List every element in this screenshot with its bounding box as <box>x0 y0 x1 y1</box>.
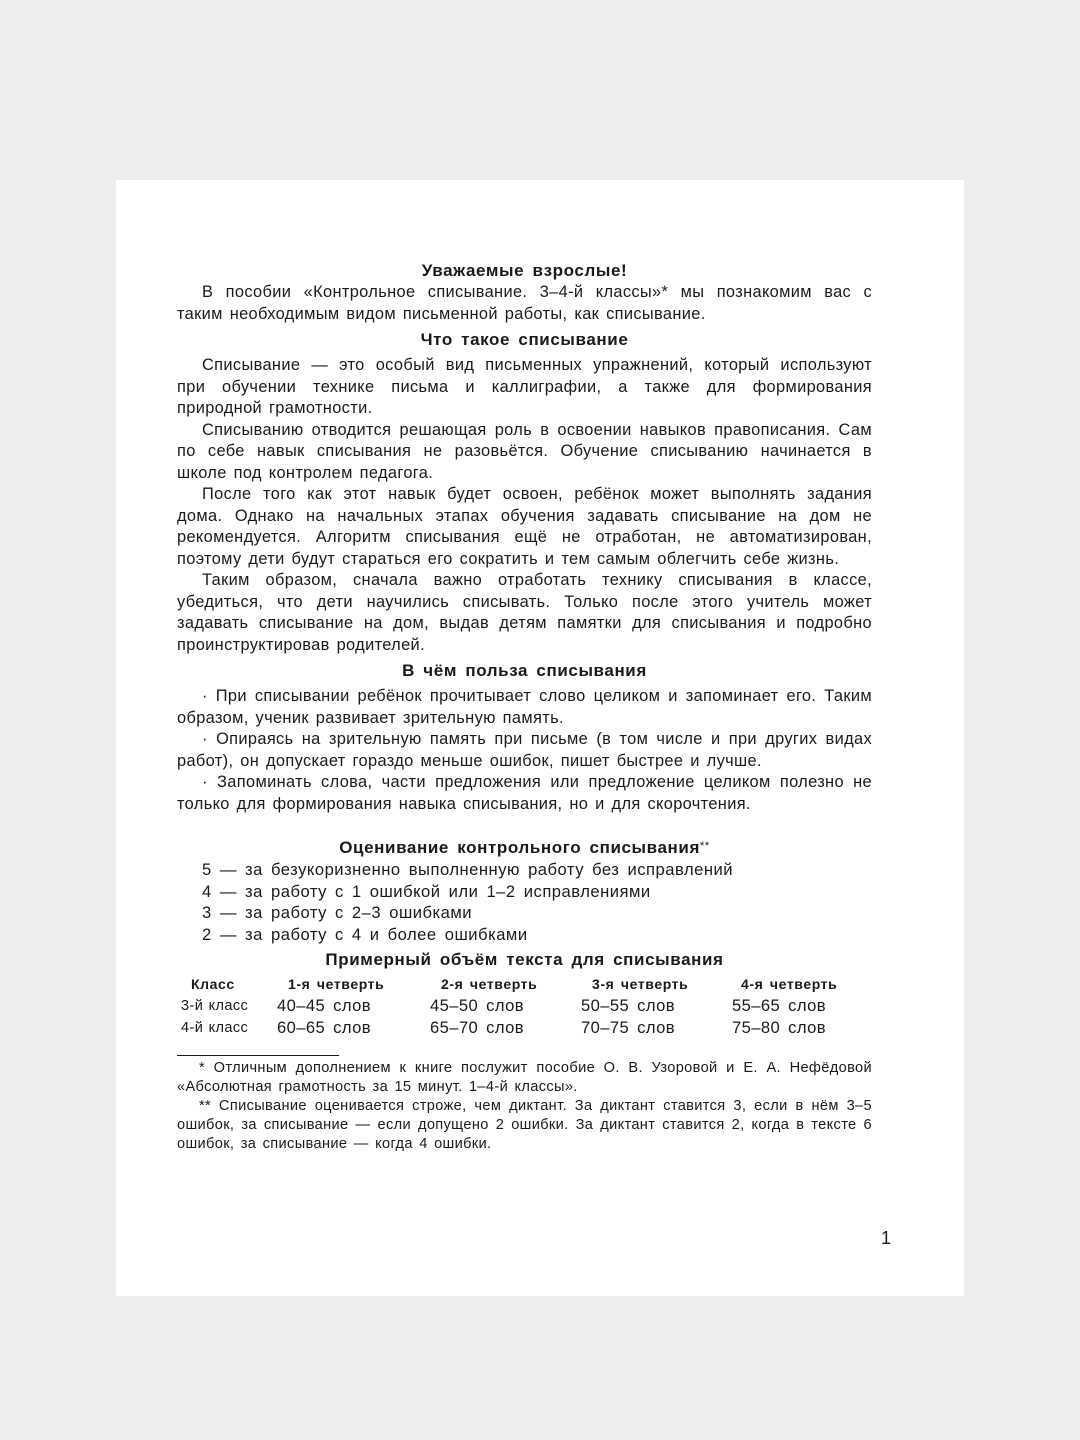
grading-item: 5 — за безукоризненно выполненную работу… <box>202 859 872 881</box>
bullet-icon: · <box>202 730 208 748</box>
what-is-paragraph: После того как этот навык будет освоен, … <box>177 484 872 570</box>
footnote-divider <box>177 1055 339 1056</box>
benefit-item: · Опираясь на зрительную память при пись… <box>177 729 872 772</box>
footnote-marker: ** <box>700 840 710 852</box>
volume-heading: Примерный объём текста для списывания <box>177 949 872 971</box>
table-cell: 55–65 слов <box>732 995 872 1017</box>
volume-table: Класс 1-я четверть 2-я четверть 3-я четв… <box>177 973 872 1039</box>
grading-item: 4 — за работу с 1 ошибкой или 1–2 исправ… <box>202 881 872 903</box>
footnote: ** Списывание оценивается строже, чем ди… <box>177 1097 872 1154</box>
grading-item: 2 — за работу с 4 и более ошибками <box>202 924 872 946</box>
what-is-paragraph: Списыванию отводится решающая роль в осв… <box>177 420 872 485</box>
benefit-text: При списывании ребёнок прочитывает слово… <box>177 687 872 727</box>
benefit-item: · При списывании ребёнок прочитывает сло… <box>177 686 872 729</box>
intro-paragraph: В пособии «Контрольное списывание. 3–4-й… <box>177 282 872 325</box>
table-cell: 75–80 слов <box>732 1017 872 1039</box>
what-is-paragraph: Списывание — это особый вид письменных у… <box>177 355 872 420</box>
column-header: 4-я четверть <box>732 973 872 995</box>
what-is-heading: Что такое списывание <box>177 329 872 351</box>
table-cell: 65–70 слов <box>430 1017 581 1039</box>
column-header: 1-я четверть <box>277 973 430 995</box>
row-label: 3-й класс <box>177 995 277 1017</box>
benefit-item: · Запоминать слова, части предложения ил… <box>177 772 872 815</box>
table-cell: 40–45 слов <box>277 995 430 1017</box>
row-label: 4-й класс <box>177 1017 277 1039</box>
table-row: 4-й класс 60–65 слов 65–70 слов 70–75 сл… <box>177 1017 872 1039</box>
page-number: 1 <box>881 1228 891 1249</box>
column-header: Класс <box>177 973 277 995</box>
grading-item: 3 — за работу с 2–3 ошибками <box>202 902 872 924</box>
grading-list: 5 — за безукоризненно выполненную работу… <box>177 859 872 945</box>
column-header: 2-я четверть <box>430 973 581 995</box>
column-header: 3-я четверть <box>581 973 732 995</box>
table-cell: 45–50 слов <box>430 995 581 1017</box>
footnote: * Отличным дополнением к книге послужит … <box>177 1059 872 1097</box>
table-cell: 50–55 слов <box>581 995 732 1017</box>
benefit-text: Опираясь на зрительную память при письме… <box>177 730 872 770</box>
bullet-icon: · <box>202 687 208 705</box>
benefits-heading: В чём польза списывания <box>177 660 872 682</box>
grading-heading-text: Оценивание контрольного списывания <box>339 838 700 857</box>
page-content: Уважаемые взрослые! В пособии «Контрольн… <box>177 260 872 1154</box>
table-row: 3-й класс 40–45 слов 45–50 слов 50–55 сл… <box>177 995 872 1017</box>
intro-heading: Уважаемые взрослые! <box>177 260 872 282</box>
grading-heading: Оценивание контрольного списывания** <box>177 835 872 859</box>
bullet-icon: · <box>202 773 208 791</box>
what-is-paragraph: Таким образом, сначала важно отработать … <box>177 570 872 656</box>
benefit-text: Запоминать слова, части предложения или … <box>177 773 872 813</box>
table-header-row: Класс 1-я четверть 2-я четверть 3-я четв… <box>177 973 872 995</box>
table-cell: 70–75 слов <box>581 1017 732 1039</box>
document-page: Уважаемые взрослые! В пособии «Контрольн… <box>116 180 964 1296</box>
table-cell: 60–65 слов <box>277 1017 430 1039</box>
